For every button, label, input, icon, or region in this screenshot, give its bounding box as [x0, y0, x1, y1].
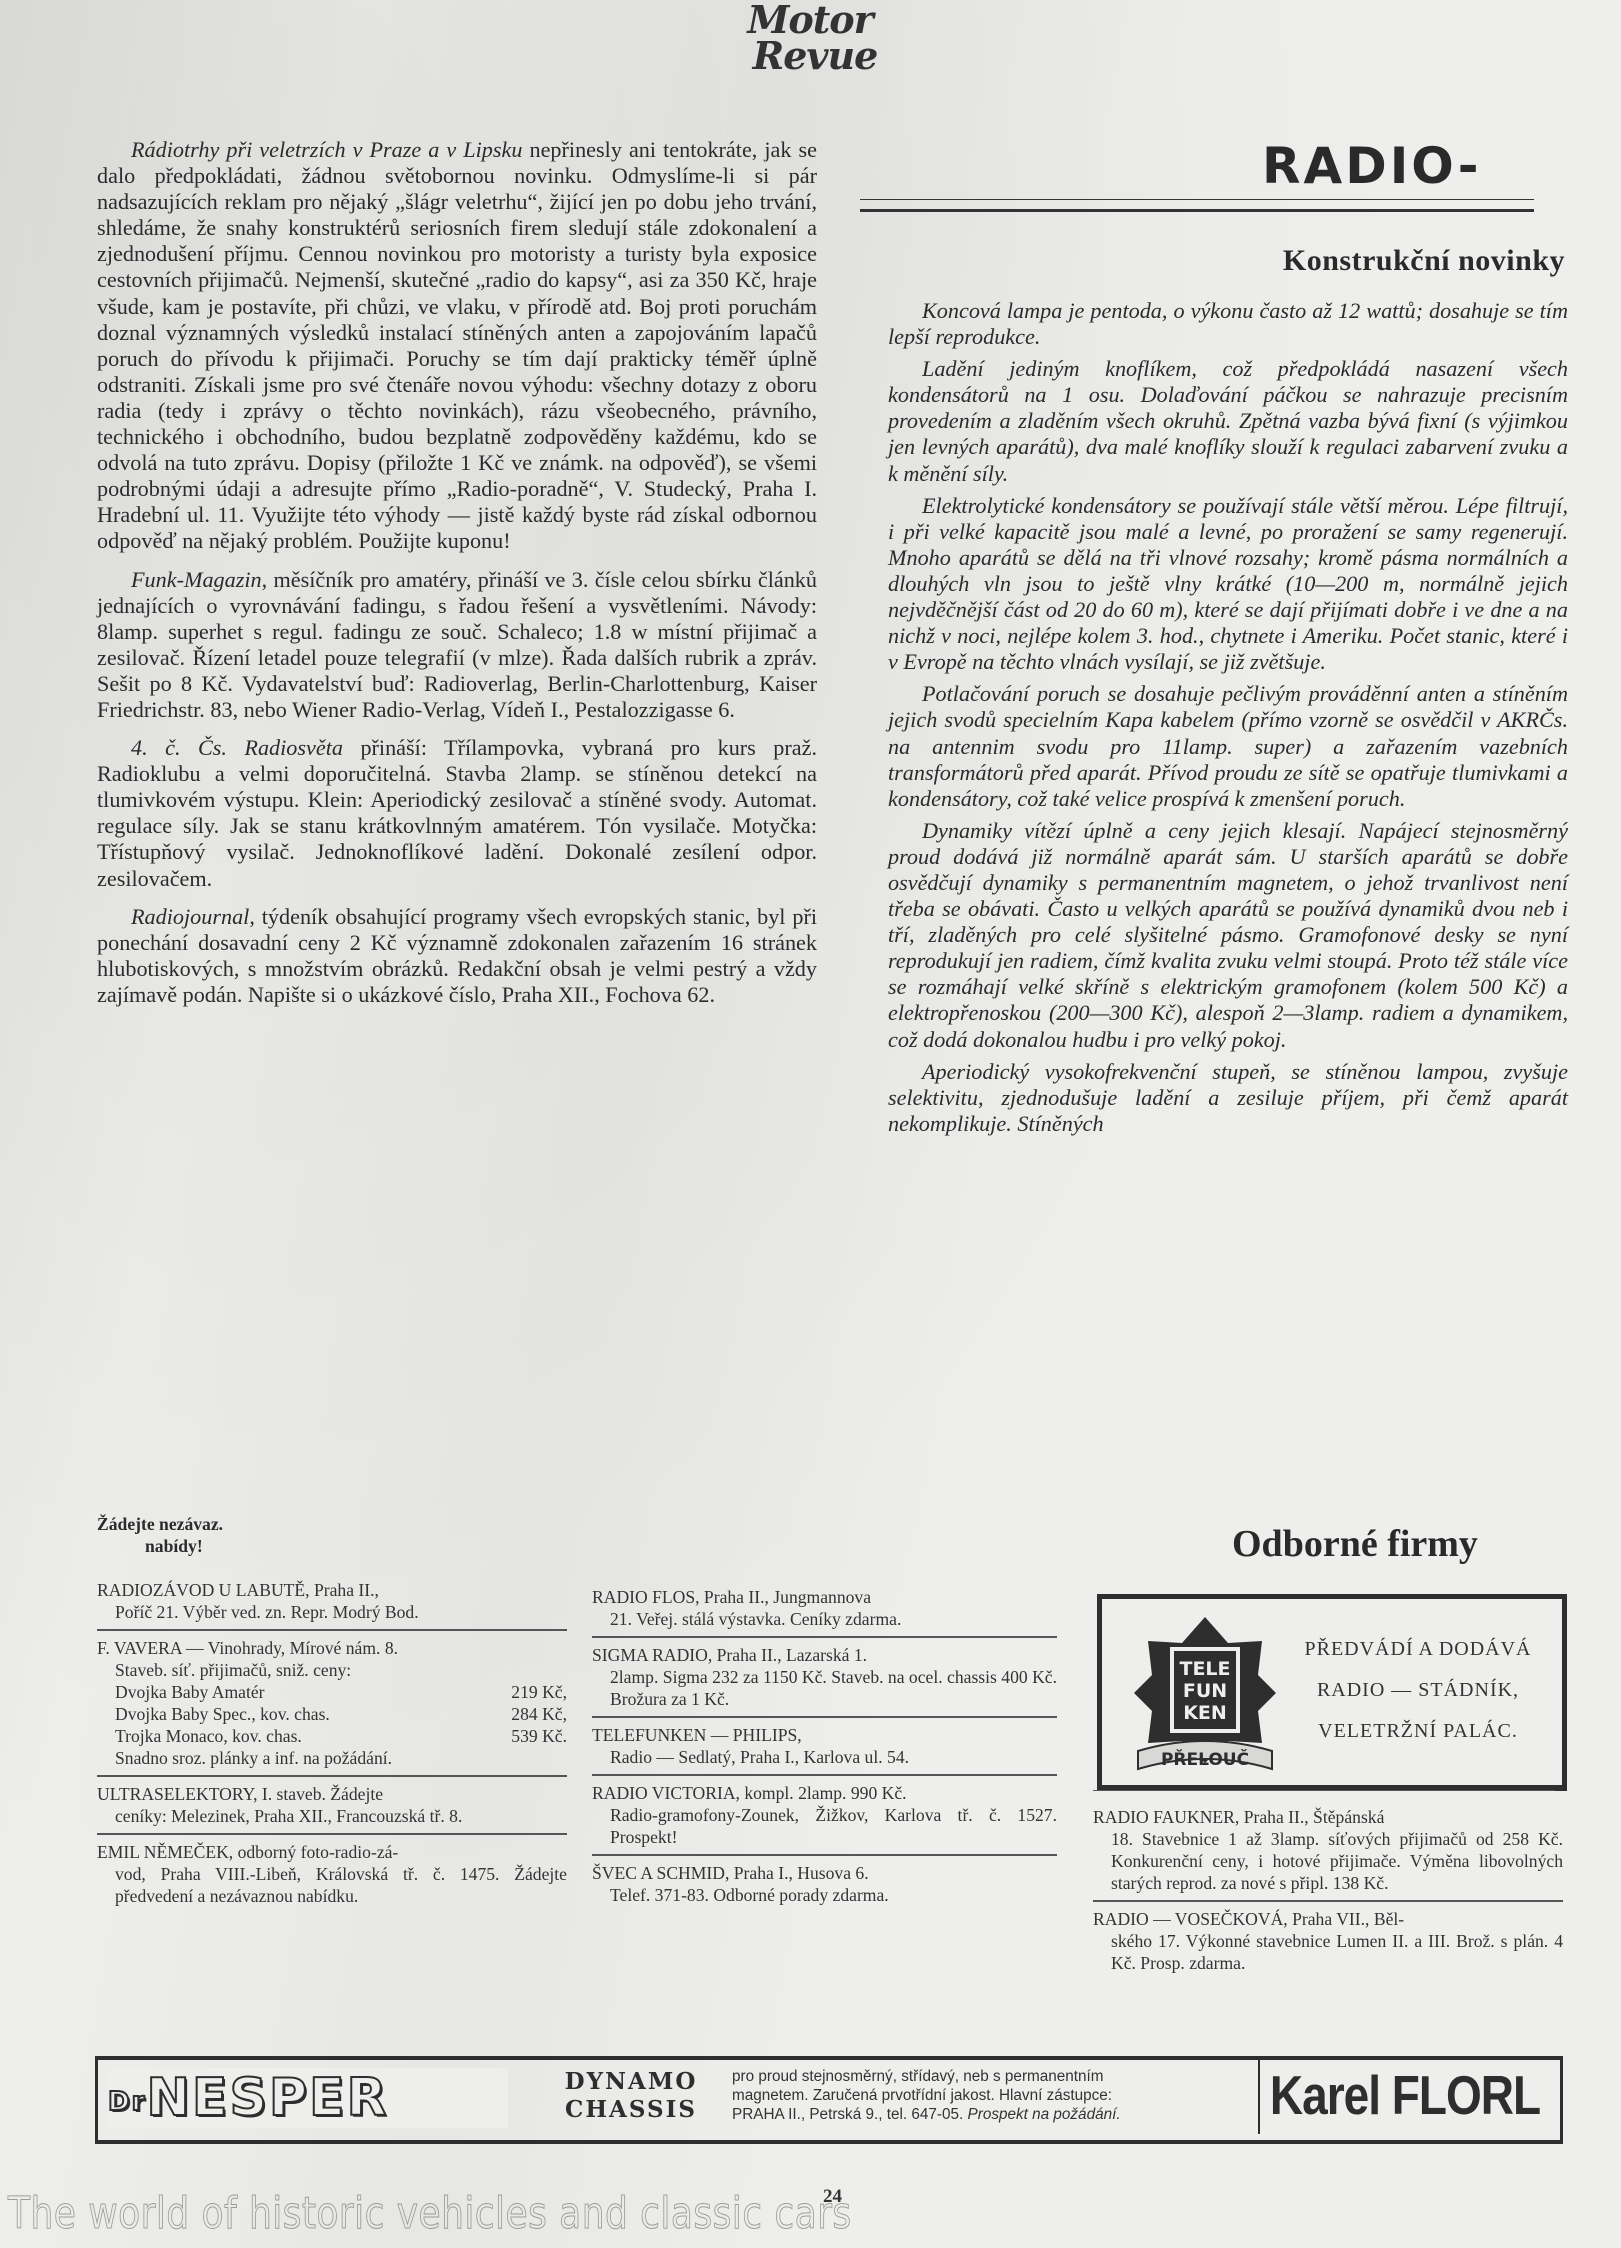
paragraph: Potlačování poruch se dosahuje pečlivým … [888, 681, 1568, 811]
paragraph-lead: Funk-Magazin [131, 567, 262, 592]
ad-body: vod, Praha VIII.-Libeň, Královská tř. č.… [97, 1863, 567, 1907]
ad-body: Poříč 21. Výběr ved. zn. Repr. Modrý Bod… [97, 1601, 567, 1623]
masthead-line2: Revue [720, 38, 910, 74]
ad-body: ceníky: Melezinek, Praha XII., Francouzs… [97, 1805, 567, 1827]
paragraph: Rádiotrhy při veletrzích v Praze a v Lip… [97, 137, 817, 555]
paragraph-lead: Radiojournal [131, 904, 249, 929]
ad-body: Radio — Sedlatý, Praha I., Karlova ul. 5… [592, 1746, 1057, 1768]
ad-body: Radio-gramofony-Zounek, Žižkov, Karlova … [592, 1804, 1057, 1848]
paragraph: Ladění jediným knoflíkem, což předpoklád… [888, 356, 1568, 486]
info-prospekt: Prospekt na požádání. [968, 2106, 1121, 2123]
ad-radio-faukner: RADIO FAUKNER, Praha II., Štěpánská 18. … [1093, 1800, 1563, 1902]
info-line: pro proud stejnosměrný, střídavý, neb s … [732, 2067, 1244, 2086]
paragraph-lead: 4. č. Čs. Radiosvěta [131, 735, 343, 760]
info-line: magnetem. Zaručená prvotřídní jakost. Hl… [732, 2086, 1244, 2105]
telefunken-star-logo-icon: TELE FUN KEN PŘELOUČ [1130, 1613, 1280, 1773]
nesper-banner-ad: DrNESPER DYNAMO CHASSIS pro proud stejno… [95, 2056, 1563, 2144]
svg-text:TELE: TELE [1179, 1658, 1230, 1680]
ad-radiozavod: RADIOZÁVOD U LABUTĚ, Praha II., Poříč 21… [97, 1573, 567, 1631]
telefunken-ad-text: PŘEDVÁDÍ A DODÁVÁ RADIO — STÁDNÍK, VELET… [1288, 1629, 1548, 1752]
brand-name: NESPER [146, 2068, 388, 2128]
ads-column-1: RADIOZÁVOD U LABUTĚ, Praha II., Poříč 21… [97, 1573, 567, 1913]
ad-svec-schmid: ŠVEC A SCHMID, Praha I., Husova 6. Telef… [592, 1856, 1057, 1912]
ad-body: 18. Stavebnice 1 až 3lamp. síťových přij… [1093, 1828, 1563, 1894]
price-value: 284 Kč, [511, 1703, 567, 1725]
price-value: 219 Kč, [511, 1681, 567, 1703]
ad-head: RADIO FLOS, Praha II., Jungmannova [592, 1586, 1057, 1608]
banner-info: pro proud stejnosměrný, střídavý, neb s … [732, 2067, 1244, 2124]
ads-column-2: RADIO FLOS, Praha II., Jungmannova 21. V… [592, 1580, 1057, 1912]
watermark-text: The world of historic vehicles and class… [8, 2188, 852, 2239]
section-subtitle: Konstrukční novinky [1283, 244, 1565, 278]
ad-sigma-radio: SIGMA RADIO, Praha II., Lazarská 1. 2lam… [592, 1638, 1057, 1718]
ad-head: F. VAVERA — Vinohrady, Mírové nám. 8. [97, 1637, 567, 1659]
tf-line: VELETRŽNÍ PALÁC. [1288, 1711, 1548, 1752]
ad-vavera: F. VAVERA — Vinohrady, Mírové nám. 8. St… [97, 1631, 567, 1777]
ads-column-3: RADIO FAUKNER, Praha II., Štěpánská 18. … [1093, 1800, 1563, 1980]
ad-head: TELEFUNKEN — PHILIPS, [592, 1724, 1057, 1746]
ad-telefunken-philips: TELEFUNKEN — PHILIPS, Radio — Sedlatý, P… [592, 1718, 1057, 1776]
info-line: PRAHA II., Petrská 9., tel. 647-05. Pros… [732, 2105, 1244, 2124]
ads-heading: Odborné firmy [1232, 1522, 1478, 1566]
paragraph-lead: Rádiotrhy při veletrzích v Praze a v Lip… [131, 137, 522, 162]
price-item: Dvojka Baby Spec., kov. chas. [115, 1703, 330, 1725]
product-line1: DYNAMO [541, 2068, 721, 2096]
product-line2: CHASSIS [541, 2096, 721, 2124]
ads-intro-line2: nabídy! [97, 1535, 223, 1557]
product-name: DYNAMO CHASSIS [541, 2068, 721, 2124]
ads-intro: Žádejte nezávaz. nabídy! [97, 1513, 223, 1557]
price-item: Dvojka Baby Amatér [115, 1681, 265, 1703]
ad-head: RADIO VICTORIA, kompl. 2lamp. 990 Kč. [592, 1782, 1057, 1804]
ad-body: Telef. 371-83. Odborné porady zdarma. [592, 1884, 1057, 1906]
ad-radio-voseckova: RADIO — VOSEČKOVÁ, Praha VII., Běl- skéh… [1093, 1902, 1563, 1980]
ad-body: ského 17. Výkonné stavebnice Lumen II. a… [1093, 1930, 1563, 1974]
divider [1093, 1790, 1555, 1791]
price-row: Dvojka Baby Amatér219 Kč, [97, 1681, 567, 1703]
price-value: 539 Kč. [511, 1725, 567, 1747]
left-column-article: Rádiotrhy při veletrzích v Praze a v Lip… [97, 137, 817, 1020]
paragraph: 4. č. Čs. Radiosvěta přináší: Třílampovk… [97, 735, 817, 892]
svg-text:PŘELOUČ: PŘELOUČ [1161, 1748, 1249, 1770]
svg-text:FUN: FUN [1183, 1680, 1227, 1702]
price-row: Trojka Monaco, kov. chas.539 Kč. [97, 1725, 567, 1747]
tf-line: PŘEDVÁDÍ A DODÁVÁ [1288, 1629, 1548, 1670]
masthead-logo: Motor Revue [710, 2, 910, 74]
ad-head: RADIO — VOSEČKOVÁ, Praha VII., Běl- [1093, 1908, 1563, 1930]
brand-prefix: Dr [108, 2087, 146, 2117]
paragraph: Radiojournal, týdeník obsahující program… [97, 904, 817, 1008]
ad-head: RADIOZÁVOD U LABUTĚ, Praha II., [97, 1579, 567, 1601]
ad-nemecek: EMIL NĚMEČEK, odborný foto-radio-zá- vod… [97, 1835, 567, 1913]
ad-footer: Snadno sroz. plánky a inf. na požádání. [97, 1747, 567, 1769]
right-column-article: Koncová lampa je pentoda, o výkonu často… [888, 298, 1568, 1143]
info-address: PRAHA II., Petrská 9., tel. 647-05. [732, 2106, 963, 2123]
paragraph: Koncová lampa je pentoda, o výkonu často… [888, 298, 1568, 350]
ad-head: ULTRASELEKTORY, I. staveb. Žádejte [97, 1783, 567, 1805]
nesper-logo: DrNESPER [108, 2068, 508, 2128]
ad-body: 2lamp. Sigma 232 za 1150 Kč. Staveb. na … [592, 1666, 1057, 1710]
ad-head: RADIO FAUKNER, Praha II., Štěpánská [1093, 1806, 1563, 1828]
paragraph-text: nepřinesly ani tentokráte, jak se dalo p… [97, 137, 817, 553]
paragraph: Aperiodický vysokofrekvenční stupeň, se … [888, 1059, 1568, 1137]
double-rule-divider [860, 199, 1534, 212]
ad-radio-flos: RADIO FLOS, Praha II., Jungmannova 21. V… [592, 1580, 1057, 1638]
paragraph: Funk-Magazin, měsíčník pro amatéry, přin… [97, 567, 817, 724]
ads-intro-line1: Žádejte nezávaz. [97, 1514, 223, 1534]
ad-head: ŠVEC A SCHMID, Praha I., Husova 6. [592, 1862, 1057, 1884]
ad-head: SIGMA RADIO, Praha II., Lazarská 1. [592, 1644, 1057, 1666]
svg-text:KEN: KEN [1183, 1702, 1227, 1724]
ad-body: 21. Veřej. stálá výstavka. Ceníky zdarma… [592, 1608, 1057, 1630]
ad-radio-victoria: RADIO VICTORIA, kompl. 2lamp. 990 Kč. Ra… [592, 1776, 1057, 1856]
paragraph: Elektrolytické kondensátory se používají… [888, 493, 1568, 676]
price-item: Trojka Monaco, kov. chas. [115, 1725, 302, 1747]
ad-ultraselektory: ULTRASELEKTORY, I. staveb. Žádejte ceník… [97, 1777, 567, 1835]
telefunken-ad-box: TELE FUN KEN PŘELOUČ PŘEDVÁDÍ A DODÁVÁ R… [1097, 1594, 1567, 1791]
price-row: Dvojka Baby Spec., kov. chas.284 Kč, [97, 1703, 567, 1725]
ad-head: EMIL NĚMEČEK, odborný foto-radio-zá- [97, 1841, 567, 1863]
section-title: RADIO- [1262, 138, 1482, 194]
paragraph: Dynamiky vítězí úplně a ceny jejich kles… [888, 818, 1568, 1053]
tf-line: RADIO — STÁDNÍK, [1288, 1670, 1548, 1711]
agent-name: Karel FLORL [1258, 2056, 1550, 2134]
ad-body: Staveb. síť. přijimačů, sniž. ceny: [97, 1659, 567, 1681]
